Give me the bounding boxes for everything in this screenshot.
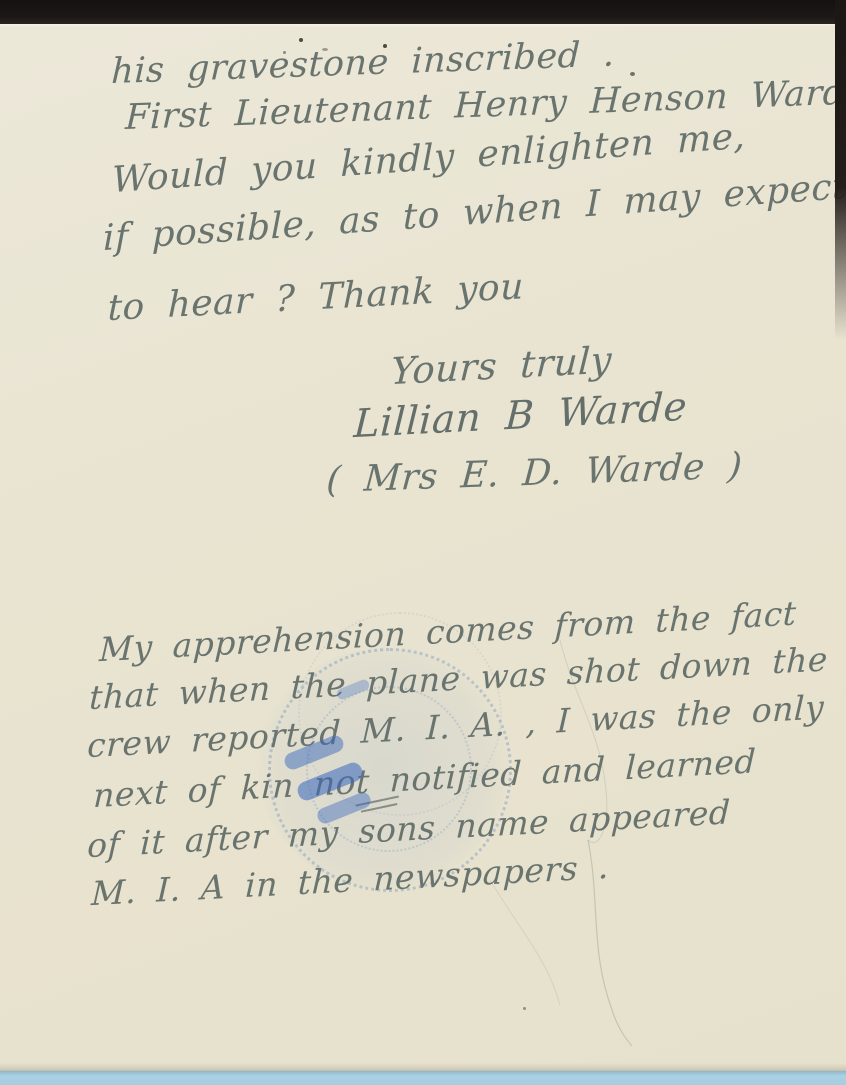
paper-top-highlight (0, 24, 846, 27)
ink-speck (322, 48, 328, 51)
ink-speck (630, 72, 635, 76)
ink-speck (283, 51, 286, 54)
frame-right-edge (835, 0, 846, 340)
bottom-blue-strip (0, 1071, 846, 1085)
letter-photo: his gravestone inscribed . First Lieuten… (0, 0, 846, 1085)
paper-bottom-shadow (0, 1063, 846, 1071)
ink-speck (383, 44, 387, 48)
ink-speck (299, 38, 303, 42)
frame-top-edge (0, 0, 846, 24)
ink-speck (523, 1007, 526, 1010)
